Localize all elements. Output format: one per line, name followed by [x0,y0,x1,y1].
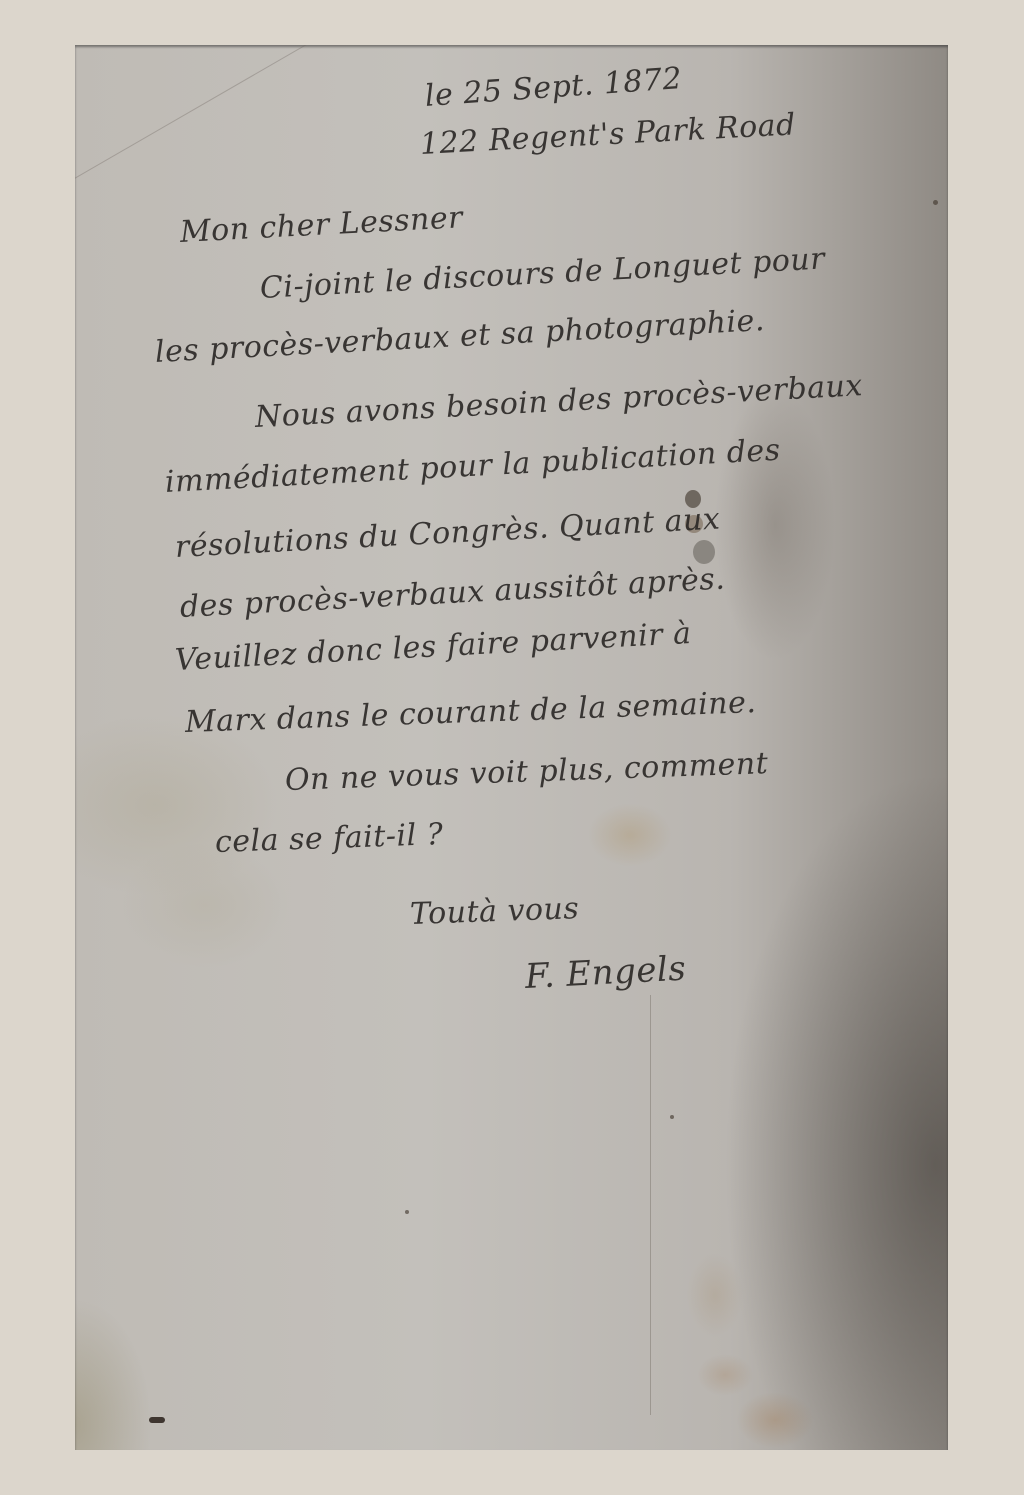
letter-body-line: les procès-verbaux et sa photographie. [154,303,766,370]
ink-speck [405,1210,409,1214]
letter-date: le 25 Sept. 1872 [424,61,683,114]
letter-body-line: Nous avons besoin des procès-verbaux [254,368,864,435]
letter-address: 122 Regent's Park Road [419,107,796,162]
letter-body-line: Veuillez donc les faire parvenir à [174,616,692,678]
ink-speck [670,1115,674,1119]
letter-body-line: des procès-verbaux aussitôt après. [179,561,726,625]
letter-salutation: Mon cher Lessner [179,200,464,250]
letter-signature: F. Engels [524,949,687,997]
letter-body-line: Marx dans le courant de la semaine. [184,685,757,740]
ink-blot [693,540,715,564]
ink-speck [933,200,938,205]
letter-closing: Toutà vous [409,891,579,932]
letter-paper: le 25 Sept. 1872 122 Regent's Park Road … [75,45,948,1450]
letter-body-line: Ci-joint le discours de Longuet pour [259,241,826,306]
letter-body-line: On ne vous voit plus, comment [284,746,768,798]
letter-body-line: résolutions du Congrès. Quant aux [174,501,721,565]
letter-body-line: cela se fait-il ? [214,817,443,860]
paper-crease [75,45,409,196]
paper-fold-line [650,995,651,1415]
ink-blot [149,1417,165,1423]
